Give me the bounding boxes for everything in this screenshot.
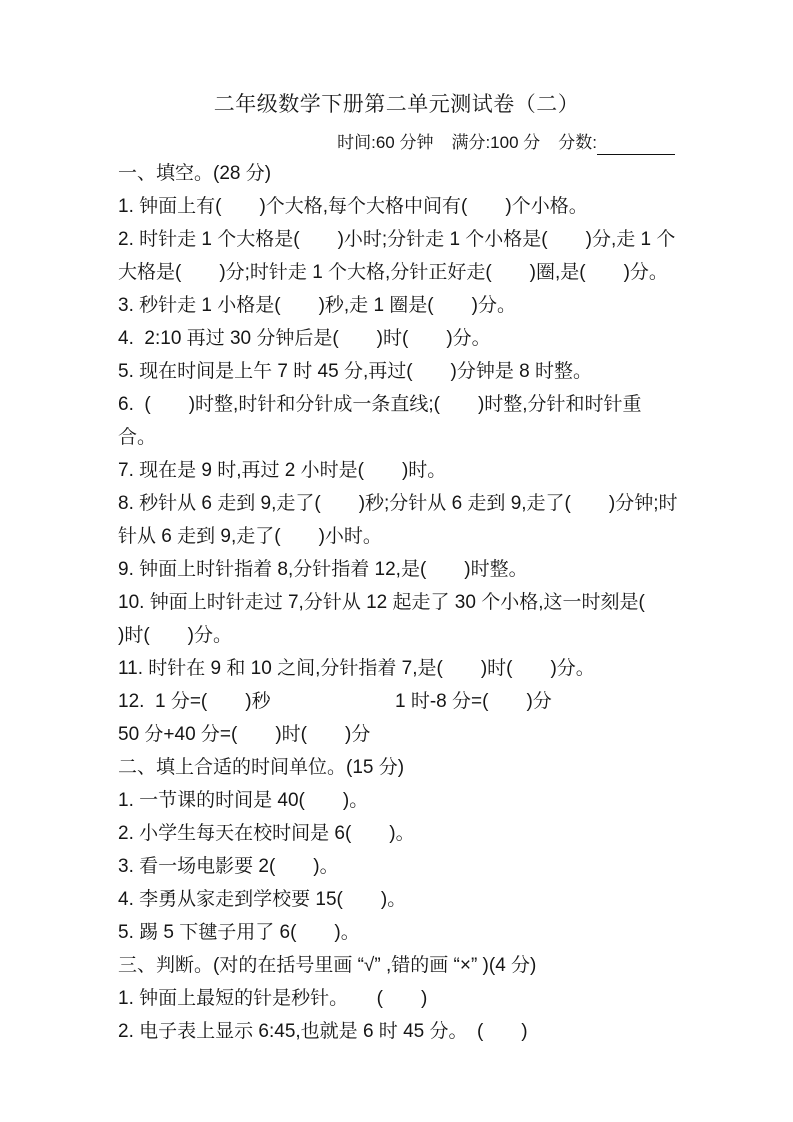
section-1-heading: 一、填空。(28 分)	[118, 157, 678, 190]
question-line: 10. 钟面上时针走过 7,分针从 12 起走了 30 个小格,这一时刻是( )…	[118, 586, 678, 652]
paper-body: 一、填空。(28 分) 1. 钟面上有( )个大格,每个大格中间有( )个小格。…	[118, 157, 678, 1048]
question-line: 9. 钟面上时针指着 8,分针指着 12,是( )时整。	[118, 553, 678, 586]
test-paper-page: 二年级数学下册第二单元测试卷（二） 时间:60 分钟 满分:100 分 分数: …	[0, 0, 793, 1122]
page-title: 二年级数学下册第二单元测试卷（二）	[0, 90, 793, 118]
question-line-two-column: 12. 1 分=( )秒1 时-8 分=( )分	[118, 685, 678, 718]
question-line: 1. 一节课的时间是 40( )。	[118, 784, 678, 817]
question-line: 50 分+40 分=( )时( )分	[118, 718, 678, 751]
score-label: 分数:	[558, 131, 597, 155]
question-line: 2. 小学生每天在校时间是 6( )。	[118, 817, 678, 850]
score-field: 分数:	[558, 131, 675, 155]
question-line: 1. 钟面上最短的针是秒针。 ( )	[118, 982, 678, 1015]
section-3-heading: 三、判断。(对的在括号里画 “√” ,错的画 “×” )(4 分)	[118, 949, 678, 982]
question-line: 3. 看一场电影要 2( )。	[118, 850, 678, 883]
question-line: 6. ( )时整,时针和分针成一条直线;( )时整,分针和时针重合。	[118, 388, 678, 454]
conversion-right: 1 时-8 分=( )分	[395, 685, 552, 718]
question-line: 5. 踢 5 下毽子用了 6( )。	[118, 916, 678, 949]
question-line: 8. 秒针从 6 走到 9,走了( )秒;分针从 6 走到 9,走了( )分钟;…	[118, 487, 678, 553]
full-score-label: 满分:100 分	[451, 131, 540, 155]
paper-meta: 时间:60 分钟 满分:100 分 分数:	[118, 131, 675, 155]
question-line: 4. 李勇从家走到学校要 15( )。	[118, 883, 678, 916]
question-line: 4. 2:10 再过 30 分钟后是( )时( )分。	[118, 322, 678, 355]
question-line: 3. 秒针走 1 小格是( )秒,走 1 圈是( )分。	[118, 289, 678, 322]
score-blank-line	[597, 134, 675, 155]
question-line: 11. 时针在 9 和 10 之间,分针指着 7,是( )时( )分。	[118, 652, 678, 685]
time-limit-label: 时间:60 分钟	[337, 131, 433, 155]
question-line: 5. 现在时间是上午 7 时 45 分,再过( )分钟是 8 时整。	[118, 355, 678, 388]
question-line: 1. 钟面上有( )个大格,每个大格中间有( )个小格。	[118, 190, 678, 223]
question-line: 2. 时针走 1 个大格是( )小时;分针走 1 个小格是( )分,走 1 个大…	[118, 223, 678, 289]
question-line: 7. 现在是 9 时,再过 2 小时是( )时。	[118, 454, 678, 487]
question-line: 2. 电子表上显示 6:45,也就是 6 时 45 分。 ( )	[118, 1015, 678, 1048]
section-2-heading: 二、填上合适的时间单位。(15 分)	[118, 751, 678, 784]
conversion-left: 12. 1 分=( )秒	[118, 685, 395, 718]
